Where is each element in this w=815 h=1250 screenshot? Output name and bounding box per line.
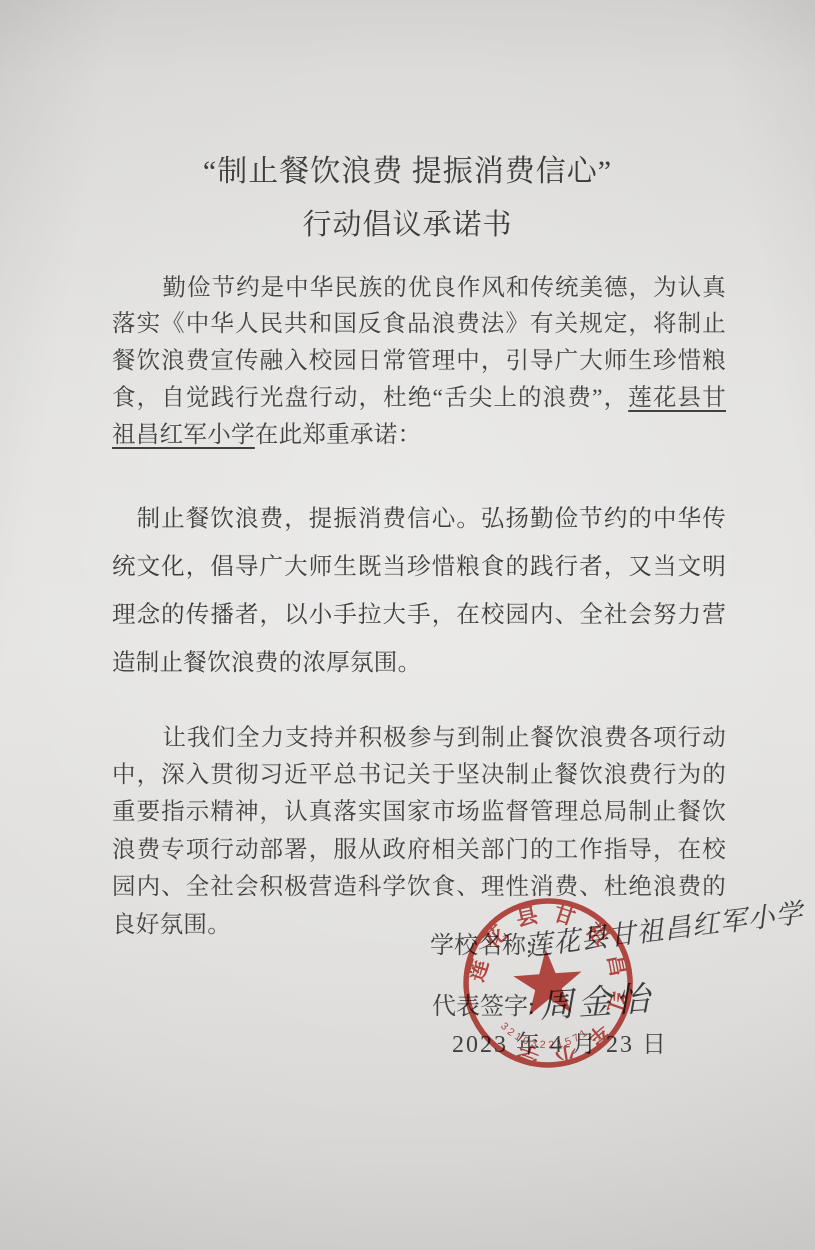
paragraph-intro: 勤俭节约是中华民族的优良作风和传统美德，为认真落实《中华人民共和国反食品浪费法》… bbox=[112, 270, 726, 454]
paragraph-pledge: 制止餐饮浪费，提振消费信心。弘扬勤俭节约的中华传统文化，倡导广大师生既当珍惜粮食… bbox=[112, 494, 726, 686]
document-title-line1: “制止餐饮浪费 提振消费信心” bbox=[0, 146, 815, 190]
paragraph-intro-end: 在此郑重承诺： bbox=[255, 422, 422, 448]
star-icon bbox=[512, 947, 585, 1017]
official-seal-stamp: 莲花县甘祖昌红军小学 32103221571 bbox=[451, 880, 646, 1084]
document-title-line2: 行动倡议承诺书 bbox=[0, 202, 815, 243]
document-photo: “制止餐饮浪费 提振消费信心” 行动倡议承诺书 勤俭节约是中华民族的优良作风和传… bbox=[0, 0, 815, 1250]
